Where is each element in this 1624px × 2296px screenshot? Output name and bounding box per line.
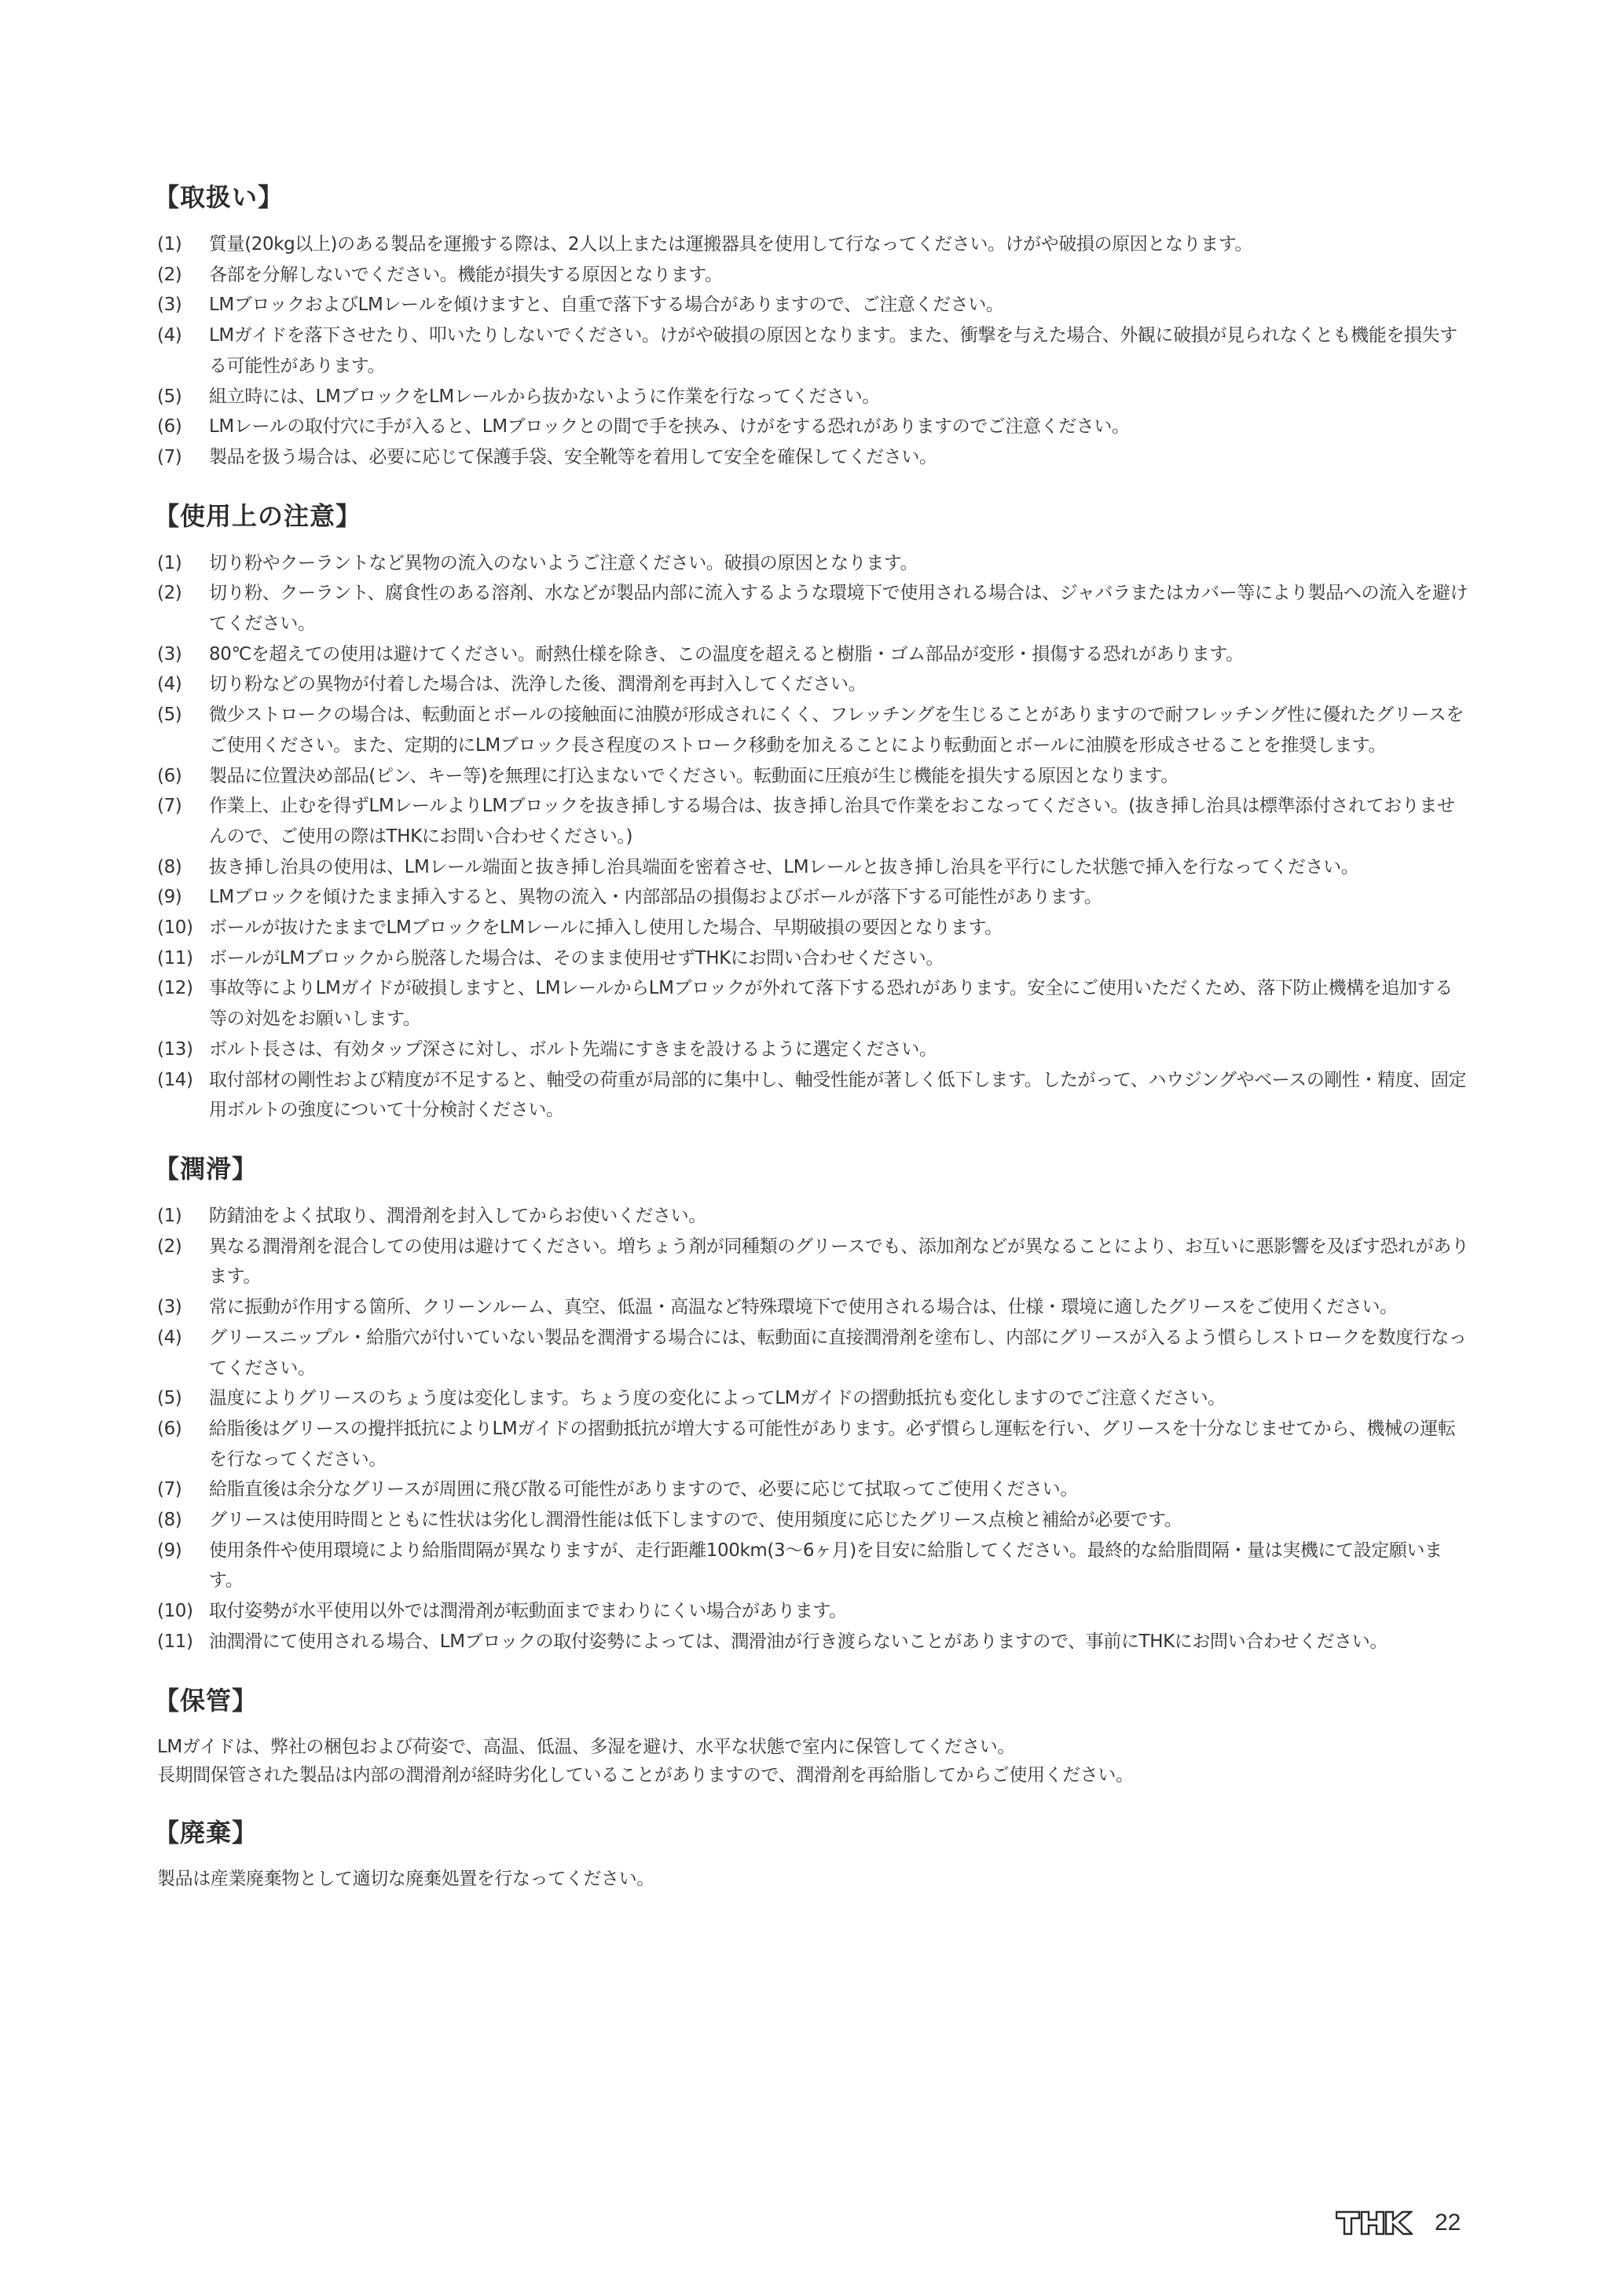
section-heading: 【取扱い】 [154, 178, 1469, 217]
item-number: (7) [157, 1474, 209, 1505]
item-text: LMガイドを落下させたり、叩いたりしないでください。けがや破損の原因となります。… [209, 320, 1469, 381]
list-item: (7)製品を扱う場合は、必要に応じて保護手袋、安全靴等を着用して安全を確保してく… [157, 442, 1469, 473]
item-text: 常に振動が作用する箇所、クリーンルーム、真空、低温・高温など特殊環境下で使用され… [209, 1292, 1469, 1323]
item-number: (3) [157, 290, 209, 320]
section-usage-precautions: 【使用上の注意】 (1)切り粉やクーラントなど異物の流入のないようご注意ください… [157, 496, 1469, 1126]
item-number: (6) [157, 761, 209, 792]
list-item: (1)防錆油をよく拭取り、潤滑剤を封入してからお使いください。 [157, 1201, 1469, 1232]
item-text: 各部を分解しないでください。機能が損失する原因となります。 [209, 260, 1469, 291]
item-number: (6) [157, 412, 209, 442]
item-text: 取付部材の剛性および精度が不足すると、軸受の荷重が局部的に集中し、軸受性能が著し… [209, 1065, 1469, 1126]
item-number: (3) [157, 1292, 209, 1323]
item-number: (12) [157, 973, 209, 1034]
list-item: (11)油潤滑にて使用される場合、LMブロックの取付姿勢によっては、潤滑油が行き… [157, 1627, 1469, 1657]
item-text: 防錆油をよく拭取り、潤滑剤を封入してからお使いください。 [209, 1201, 1469, 1232]
list-item: (4)LMガイドを落下させたり、叩いたりしないでください。けがや破損の原因となり… [157, 320, 1469, 381]
list-item: (5)微少ストロークの場合は、転動面とボールの接触面に油膜が形成されにくく、フレ… [157, 700, 1469, 760]
item-number: (2) [157, 260, 209, 291]
item-number: (8) [157, 1505, 209, 1536]
list-item: (12)事故等によりLMガイドが破損しますと、LMレールからLMブロックが外れて… [157, 973, 1469, 1034]
list-item: (4)グリースニップル・給脂穴が付いていない製品を潤滑する場合には、転動面に直接… [157, 1323, 1469, 1383]
item-text: ボールがLMブロックから脱落した場合は、そのまま使用せずTHKにお問い合わせくだ… [209, 943, 1469, 974]
lubrication-list: (1)防錆油をよく拭取り、潤滑剤を封入してからお使いください。 (2)異なる潤滑… [157, 1201, 1469, 1657]
item-number: (11) [157, 943, 209, 974]
item-text: 作業上、止むを得ずLMレールよりLMブロックを抜き挿しする場合は、抜き挿し治具で… [209, 791, 1469, 851]
item-number: (4) [157, 669, 209, 700]
item-text: LMブロックを傾けたまま挿入すると、異物の流入・内部部品の損傷およびボールが落下… [209, 882, 1469, 913]
list-item: (5)組立時には、LMブロックをLMレールから抜かないように作業を行なってくださ… [157, 382, 1469, 412]
item-text: 切り粉などの異物が付着した場合は、洗浄した後、潤滑剤を再封入してください。 [209, 669, 1469, 700]
list-item: (7)作業上、止むを得ずLMレールよりLMブロックを抜き挿しする場合は、抜き挿し… [157, 791, 1469, 851]
thk-logo-icon [1336, 2210, 1413, 2236]
item-text: 製品に位置決め部品(ピン、キー等)を無理に打込まないでください。転動面に圧痕が生… [209, 761, 1469, 792]
item-text: 切り粉やクーラントなど異物の流入のないようご注意ください。破損の原因となります。 [209, 548, 1469, 579]
list-item: (9)使用条件や使用環境により給脂間隔が異なりますが、走行距離100km(3～6… [157, 1536, 1469, 1596]
item-number: (1) [157, 548, 209, 579]
paragraph: LMガイドは、弊社の梱包および荷姿で、高温、低温、多湿を避け、水平な状態で室内に… [157, 1733, 1469, 1761]
section-disposal: 【廃棄】 製品は産業廃棄物として適切な廃棄処置を行なってください。 [157, 1813, 1469, 1893]
list-item: (6)製品に位置決め部品(ピン、キー等)を無理に打込まないでください。転動面に圧… [157, 761, 1469, 792]
item-number: (5) [157, 1383, 209, 1414]
list-item: (9)LMブロックを傾けたまま挿入すると、異物の流入・内部部品の損傷およびボール… [157, 882, 1469, 913]
item-number: (10) [157, 913, 209, 943]
item-text: 油潤滑にて使用される場合、LMブロックの取付姿勢によっては、潤滑油が行き渡らない… [209, 1627, 1469, 1657]
list-item: (8)グリースは使用時間とともに性状は劣化し潤滑性能は低下しますので、使用頻度に… [157, 1505, 1469, 1536]
item-text: 使用条件や使用環境により給脂間隔が異なりますが、走行距離100km(3～6ヶ月)… [209, 1536, 1469, 1596]
list-item: (5)温度によりグリースのちょう度は変化します。ちょう度の変化によってLMガイド… [157, 1383, 1469, 1414]
list-item: (3)常に振動が作用する箇所、クリーンルーム、真空、低温・高温など特殊環境下で使… [157, 1292, 1469, 1323]
section-heading: 【廃棄】 [154, 1813, 1469, 1852]
list-item: (2)切り粉、クーラント、腐食性のある溶剤、水などが製品内部に流入するような環境… [157, 578, 1469, 639]
section-heading: 【使用上の注意】 [154, 496, 1469, 536]
item-text: 切り粉、クーラント、腐食性のある溶剤、水などが製品内部に流入するような環境下で使… [209, 578, 1469, 639]
list-item: (13)ボルト長さは、有効タップ深さに対し、ボルト先端にすきまを設けるように選定… [157, 1034, 1469, 1065]
section-lubrication: 【潤滑】 (1)防錆油をよく拭取り、潤滑剤を封入してからお使いください。 (2)… [157, 1149, 1469, 1657]
list-item: (2)各部を分解しないでください。機能が損失する原因となります。 [157, 260, 1469, 291]
item-text: グリースニップル・給脂穴が付いていない製品を潤滑する場合には、転動面に直接潤滑剤… [209, 1323, 1469, 1383]
item-number: (11) [157, 1627, 209, 1657]
item-number: (5) [157, 382, 209, 412]
item-text: 製品を扱う場合は、必要に応じて保護手袋、安全靴等を着用して安全を確保してください… [209, 442, 1469, 473]
item-text: 事故等によりLMガイドが破損しますと、LMレールからLMブロックが外れて落下する… [209, 973, 1469, 1034]
item-text: LMレールの取付穴に手が入ると、LMブロックとの間で手を挟み、けがをする恐れがあ… [209, 412, 1469, 442]
item-number: (3) [157, 639, 209, 670]
item-text: ボルト長さは、有効タップ深さに対し、ボルト先端にすきまを設けるように選定ください… [209, 1034, 1469, 1065]
list-item: (10)ボールが抜けたままでLMブロックをLMレールに挿入し使用した場合、早期破… [157, 913, 1469, 943]
usage-list: (1)切り粉やクーラントなど異物の流入のないようご注意ください。破損の原因となり… [157, 548, 1469, 1126]
item-text: 給脂直後は余分なグリースが周囲に飛び散る可能性がありますので、必要に応じて拭取っ… [209, 1474, 1469, 1505]
page-number: 22 [1435, 2210, 1461, 2236]
item-number: (4) [157, 1323, 209, 1383]
item-text: 温度によりグリースのちょう度は変化します。ちょう度の変化によってLMガイドの摺動… [209, 1383, 1469, 1414]
item-text: 組立時には、LMブロックをLMレールから抜かないように作業を行なってください。 [209, 382, 1469, 412]
list-item: (3)LMブロックおよびLMレールを傾けますと、自重で落下する場合がありますので… [157, 290, 1469, 320]
item-text: 給脂後はグリースの攪拌抵抗によりLMガイドの摺動抵抗が増大する可能性があります。… [209, 1414, 1469, 1474]
item-number: (9) [157, 882, 209, 913]
item-text: 取付姿勢が水平使用以外では潤滑剤が転動面までまわりにくい場合があります。 [209, 1596, 1469, 1627]
item-text: LMブロックおよびLMレールを傾けますと、自重で落下する場合がありますので、ご注… [209, 290, 1469, 320]
item-number: (13) [157, 1034, 209, 1065]
item-number: (7) [157, 791, 209, 851]
paragraph: 長期間保管された製品は内部の潤滑剤が経時劣化していることがありますので、潤滑剤を… [157, 1761, 1469, 1789]
list-item: (8)抜き挿し治具の使用は、LMレール端面と抜き挿し治具端面を密着させ、LMレー… [157, 852, 1469, 883]
item-number: (8) [157, 852, 209, 883]
item-number: (10) [157, 1596, 209, 1627]
item-number: (1) [157, 1201, 209, 1232]
list-item: (11)ボールがLMブロックから脱落した場合は、そのまま使用せずTHKにお問い合… [157, 943, 1469, 974]
list-item: (3)80℃を超えての使用は避けてください。耐熱仕様を除き、この温度を超えると樹… [157, 639, 1469, 670]
item-number: (6) [157, 1414, 209, 1474]
item-number: (9) [157, 1536, 209, 1596]
list-item: (1)切り粉やクーラントなど異物の流入のないようご注意ください。破損の原因となり… [157, 548, 1469, 579]
list-item: (6)給脂後はグリースの攪拌抵抗によりLMガイドの摺動抵抗が増大する可能性があり… [157, 1414, 1469, 1474]
section-heading: 【潤滑】 [154, 1149, 1469, 1188]
section-heading: 【保管】 [154, 1681, 1469, 1720]
item-number: (1) [157, 229, 209, 260]
document-page: 【取扱い】 (1)質量(20kg以上)のある製品を運搬する際は、2人以上または運… [157, 178, 1469, 1917]
list-item: (4)切り粉などの異物が付着した場合は、洗浄した後、潤滑剤を再封入してください。 [157, 669, 1469, 700]
item-text: グリースは使用時間とともに性状は劣化し潤滑性能は低下しますので、使用頻度に応じた… [209, 1505, 1469, 1536]
item-number: (2) [157, 1232, 209, 1292]
list-item: (7)給脂直後は余分なグリースが周囲に飛び散る可能性がありますので、必要に応じて… [157, 1474, 1469, 1505]
item-number: (14) [157, 1065, 209, 1126]
paragraph: 製品は産業廃棄物として適切な廃棄処置を行なってください。 [157, 1865, 1469, 1893]
item-text: 80℃を超えての使用は避けてください。耐熱仕様を除き、この温度を超えると樹脂・ゴ… [209, 639, 1469, 670]
item-number: (7) [157, 442, 209, 473]
item-number: (2) [157, 578, 209, 639]
page-footer: 22 [1336, 2210, 1461, 2236]
section-handling: 【取扱い】 (1)質量(20kg以上)のある製品を運搬する際は、2人以上または運… [157, 178, 1469, 473]
item-text: 抜き挿し治具の使用は、LMレール端面と抜き挿し治具端面を密着させ、LMレールと抜… [209, 852, 1469, 883]
list-item: (1)質量(20kg以上)のある製品を運搬する際は、2人以上または運搬器具を使用… [157, 229, 1469, 260]
item-text: 異なる潤滑剤を混合しての使用は避けてください。増ちょう剤が同種類のグリースでも、… [209, 1232, 1469, 1292]
handling-list: (1)質量(20kg以上)のある製品を運搬する際は、2人以上または運搬器具を使用… [157, 229, 1469, 473]
list-item: (14)取付部材の剛性および精度が不足すると、軸受の荷重が局部的に集中し、軸受性… [157, 1065, 1469, 1126]
item-number: (5) [157, 700, 209, 760]
item-text: 微少ストロークの場合は、転動面とボールの接触面に油膜が形成されにくく、フレッチン… [209, 700, 1469, 760]
item-text: ボールが抜けたままでLMブロックをLMレールに挿入し使用した場合、早期破損の要因… [209, 913, 1469, 943]
list-item: (2)異なる潤滑剤を混合しての使用は避けてください。増ちょう剤が同種類のグリース… [157, 1232, 1469, 1292]
list-item: (10)取付姿勢が水平使用以外では潤滑剤が転動面までまわりにくい場合があります。 [157, 1596, 1469, 1627]
list-item: (6)LMレールの取付穴に手が入ると、LMブロックとの間で手を挟み、けがをする恐… [157, 412, 1469, 442]
item-text: 質量(20kg以上)のある製品を運搬する際は、2人以上または運搬器具を使用して行… [209, 229, 1469, 260]
section-storage: 【保管】 LMガイドは、弊社の梱包および荷姿で、高温、低温、多湿を避け、水平な状… [157, 1681, 1469, 1789]
item-number: (4) [157, 320, 209, 381]
